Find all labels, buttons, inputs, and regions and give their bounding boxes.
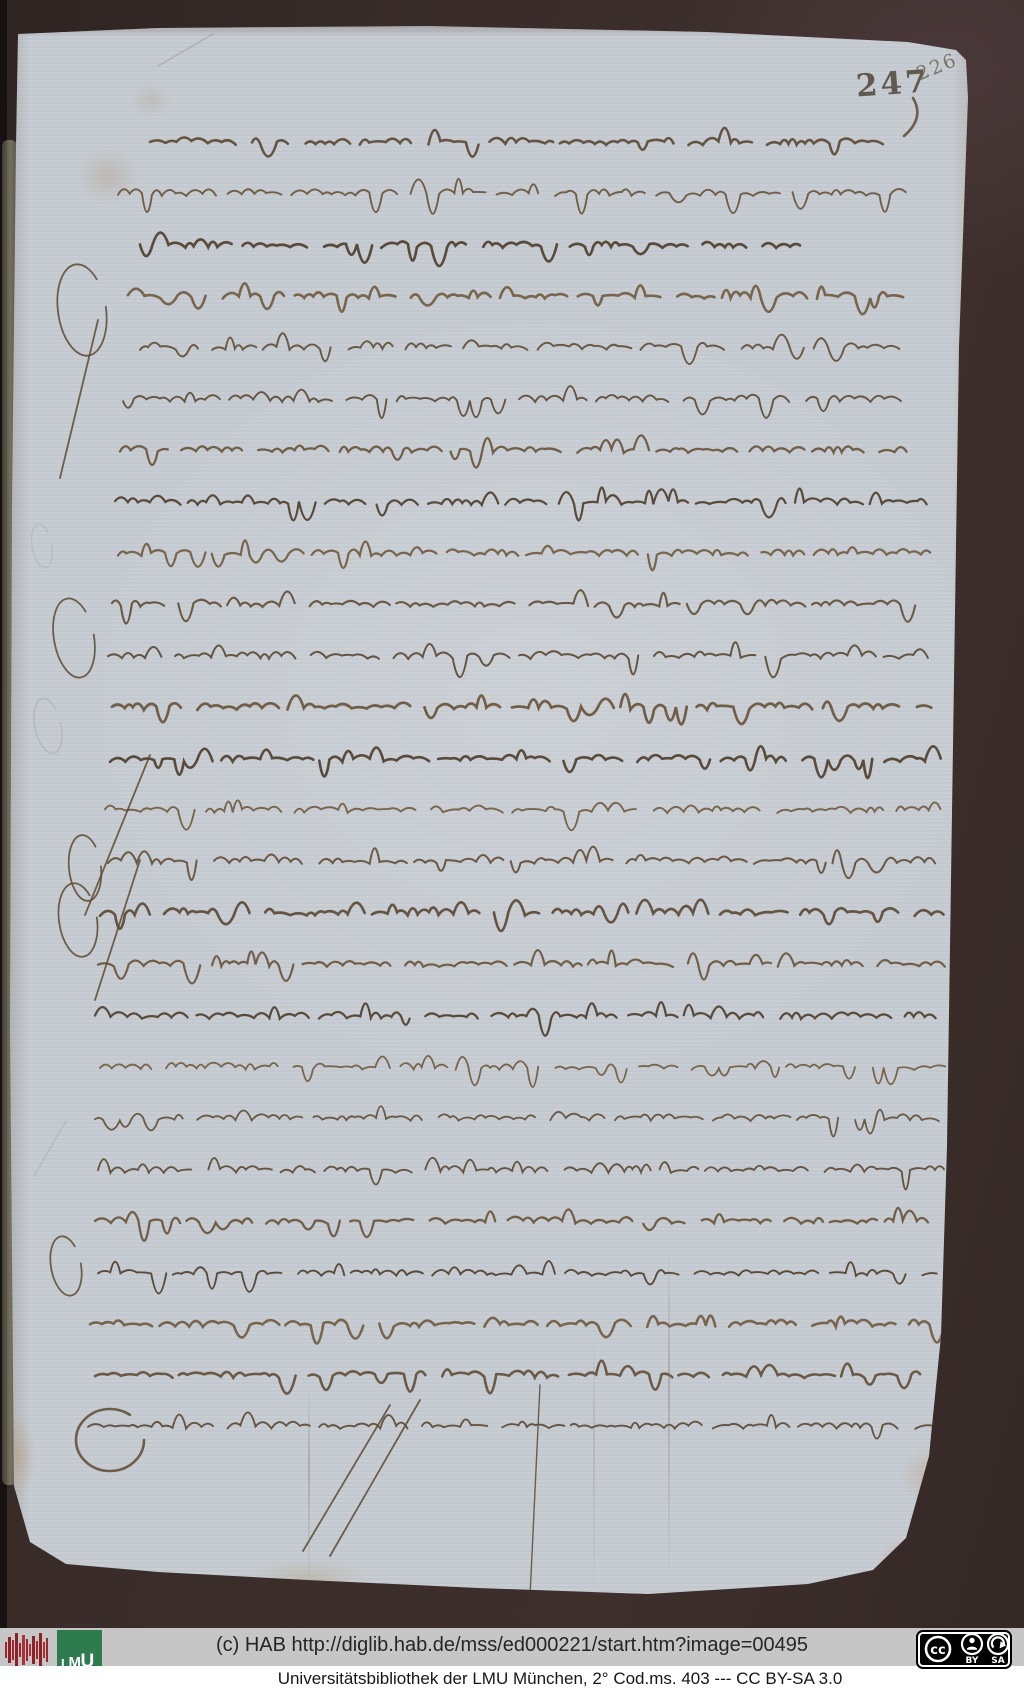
sa-label: SA bbox=[991, 1656, 1004, 1666]
attribution-line: Universitätsbibliothek der LMU München, … bbox=[48, 1669, 1024, 1689]
paper-crease bbox=[308, 1386, 310, 1586]
sa-arrow-icon bbox=[988, 1634, 1008, 1654]
manuscript-page bbox=[8, 26, 968, 1630]
paper-crease bbox=[593, 1326, 595, 1606]
paper-crease bbox=[668, 1246, 670, 1586]
manuscript-strokes bbox=[8, 26, 968, 1630]
cc-icon-text: cc bbox=[930, 1643, 945, 1658]
by-label: BY bbox=[966, 1656, 979, 1666]
cc-license-badge: cc BY SA bbox=[916, 1630, 1012, 1669]
cc-icon: cc bbox=[926, 1637, 950, 1661]
by-person-icon bbox=[962, 1634, 982, 1654]
copyright-line: (c) HAB http://diglib.hab.de/mss/ed00022… bbox=[0, 1634, 1024, 1657]
manuscript-scan-viewer: 247 226 LMU (c) HAB http://diglib.hab.de… bbox=[0, 0, 1024, 1693]
